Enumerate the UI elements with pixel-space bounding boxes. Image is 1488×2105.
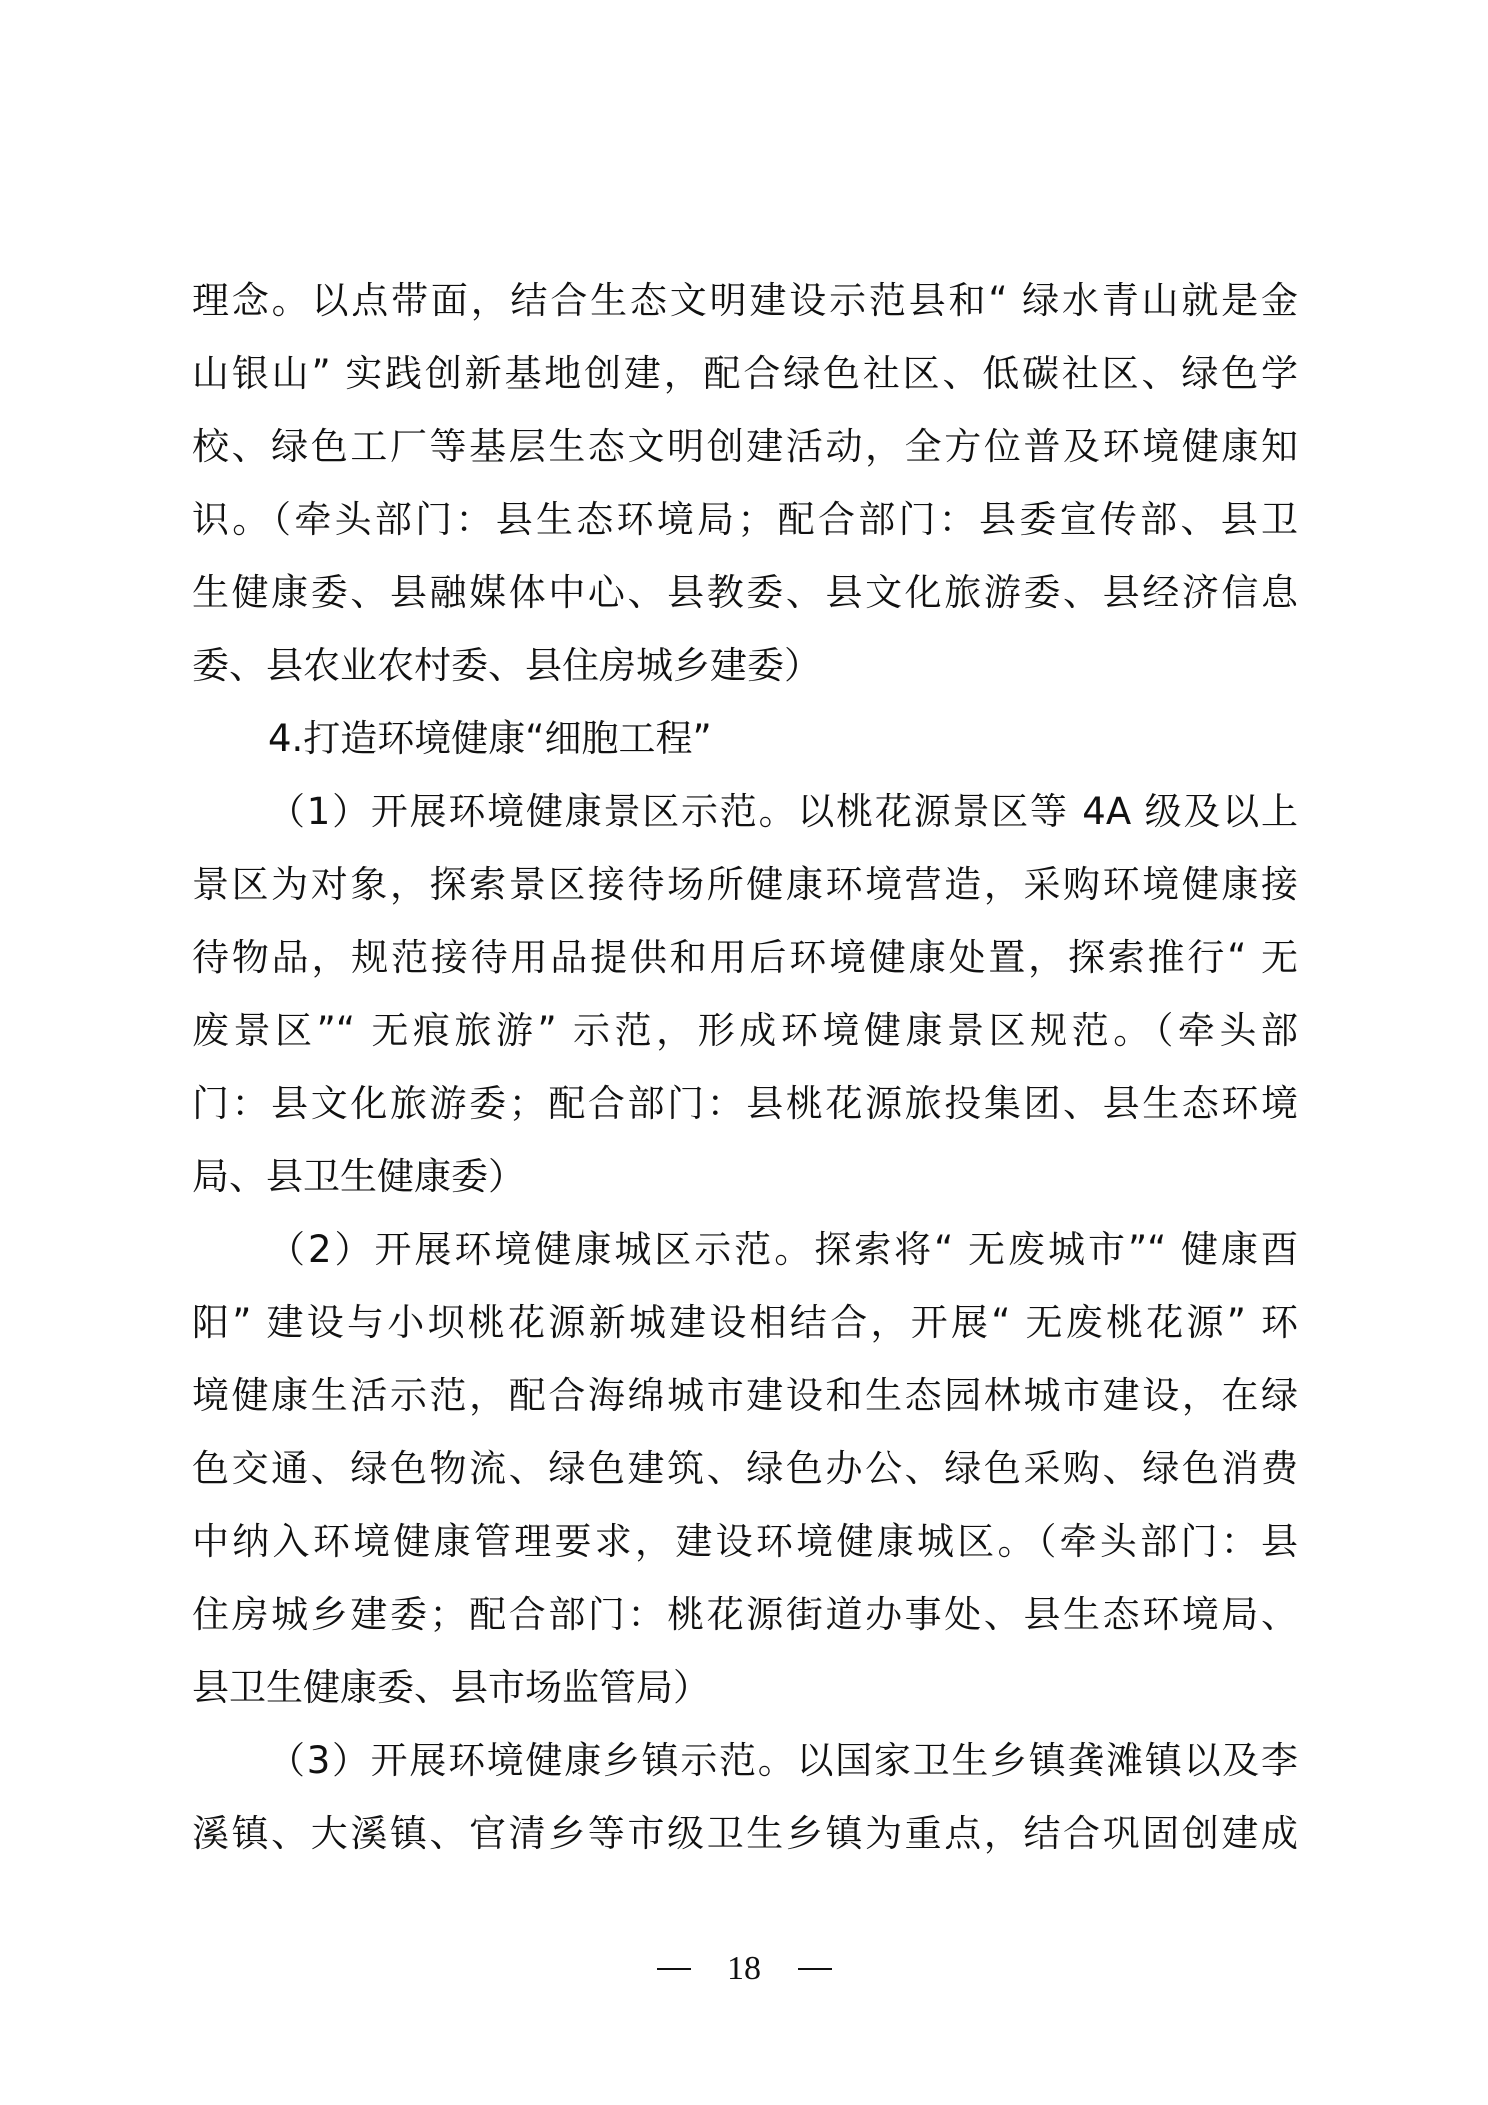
footer-dash-right [798,1968,832,1970]
text-line: 识。（牵头部门：县生态环境局；配合部门：县委宣传部、县卫 [192,483,1298,556]
text-line: 住房城乡建委；配合部门：桃花源街道办事处、县生态环境局、 [192,1578,1298,1651]
text-line: （1）开展环境健康景区示范。以桃花源景区等 4A 级及以上 [192,775,1298,848]
text-line: 废景区”“ 无痕旅游” 示范，形成环境健康景区规范。（牵头部 [192,994,1298,1067]
text-line: 待物品，规范接待用品提供和用后环境健康处置，探索推行“ 无 [192,921,1298,994]
text-line: 溪镇、大溪镇、官清乡等市级卫生乡镇为重点，结合巩固创建成 [192,1797,1298,1870]
text-line: 境健康生活示范，配合海绵城市建设和生态园林城市建设，在绿 [192,1359,1298,1432]
paragraph-item-2: （2）开展环境健康城区示范。探索将“ 无废城市”“ 健康酉 阳” 建设与小坝桃花… [192,1213,1298,1724]
paragraph-item-1: （1）开展环境健康景区示范。以桃花源景区等 4A 级及以上 景区为对象，探索景区… [192,775,1298,1213]
text-line: 校、绿色工厂等基层生态文明创建活动，全方位普及环境健康知 [192,410,1298,483]
text-line: 县卫生健康委、县市场监管局） [192,1651,1298,1724]
page-footer: 18 [0,1948,1488,1988]
text-line: 局、县卫生健康委） [192,1140,1298,1213]
text-line: 门：县文化旅游委；配合部门：县桃花源旅投集团、县生态环境 [192,1067,1298,1140]
text-line: 中纳入环境健康管理要求，建设环境健康城区。（牵头部门：县 [192,1505,1298,1578]
text-line: 生健康委、县融媒体中心、县教委、县文化旅游委、县经济信息 [192,556,1298,629]
paragraph-intro: 理念。以点带面，结合生态文明建设示范县和“ 绿水青山就是金 山银山” 实践创新基… [192,264,1298,702]
page-number: 18 [727,1950,761,1988]
text-line: 阳” 建设与小坝桃花源新城建设相结合，开展“ 无废桃花源” 环 [192,1286,1298,1359]
footer-dash-left [657,1968,691,1970]
text-line: 景区为对象，探索景区接待场所健康环境营造，采购环境健康接 [192,848,1298,921]
section-title: 4.打造环境健康“细胞工程” [192,702,1298,775]
text-line: （3）开展环境健康乡镇示范。以国家卫生乡镇龚滩镇以及李 [192,1724,1298,1797]
text-line: 委、县农业农村委、县住房城乡建委） [192,629,1298,702]
text-line: （2）开展环境健康城区示范。探索将“ 无废城市”“ 健康酉 [192,1213,1298,1286]
document-body: 理念。以点带面，结合生态文明建设示范县和“ 绿水青山就是金 山银山” 实践创新基… [192,264,1298,1870]
text-line: 色交通、绿色物流、绿色建筑、绿色办公、绿色采购、绿色消费 [192,1432,1298,1505]
section-heading: 4.打造环境健康“细胞工程” [192,702,1298,775]
text-line: 山银山” 实践创新基地创建，配合绿色社区、低碳社区、绿色学 [192,337,1298,410]
paragraph-item-3: （3）开展环境健康乡镇示范。以国家卫生乡镇龚滩镇以及李 溪镇、大溪镇、官清乡等市… [192,1724,1298,1870]
text-line: 理念。以点带面，结合生态文明建设示范县和“ 绿水青山就是金 [192,264,1298,337]
